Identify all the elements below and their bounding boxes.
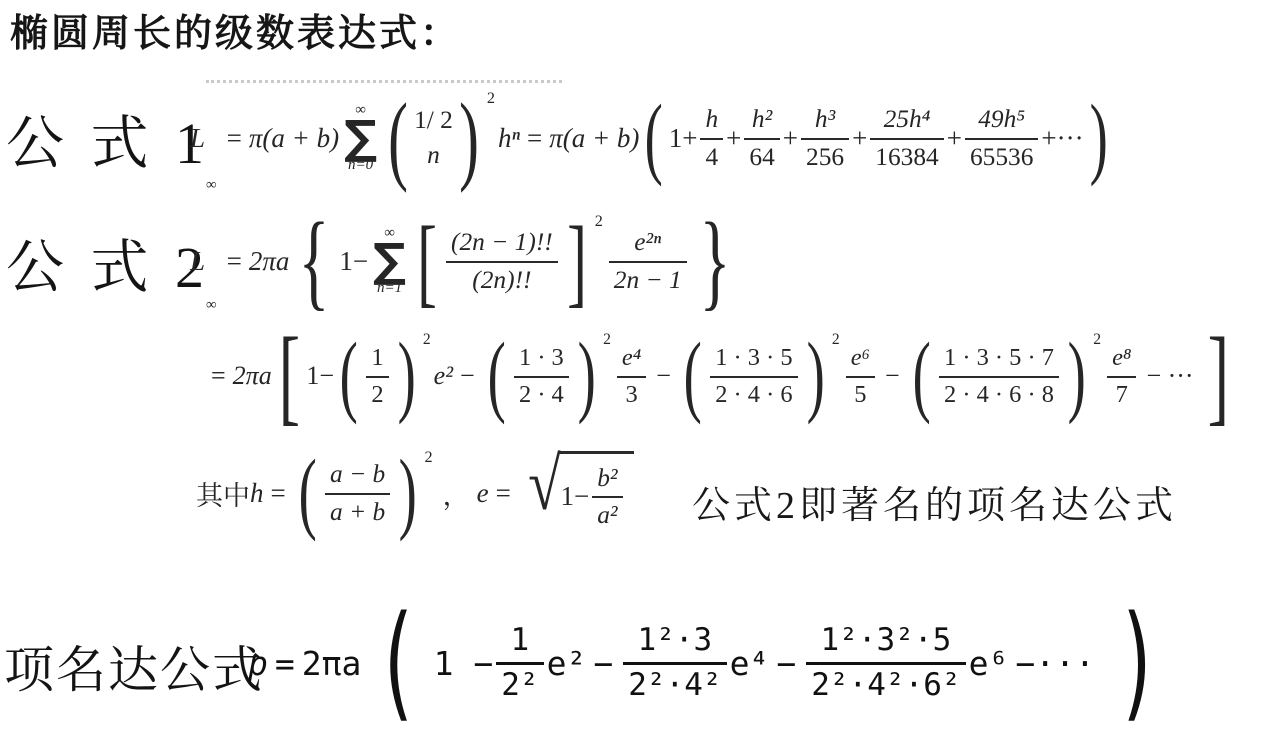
term-group: ( 1 · 3 · 5 · 72 · 4 · 6 · 8 ) 2 (907, 332, 1104, 420)
minus-sign: − (460, 361, 475, 391)
e-power: e⁴ (730, 644, 770, 683)
h-variable: h (250, 478, 264, 509)
e-power: e⁶ (969, 644, 1009, 683)
series-tail: +··· (1041, 123, 1083, 154)
fraction: e²ⁿ2n − 1 (609, 227, 687, 294)
where-prefix: 其中 (196, 474, 250, 513)
f1-coefficient-2: π(a + b) (549, 123, 639, 154)
numerator: h² (744, 104, 779, 139)
coefficient: 2πa (233, 361, 272, 391)
plus-sign: + (783, 123, 798, 154)
open-paren: ( (683, 330, 701, 422)
denominator: 2n − 1 (609, 263, 687, 295)
f1-lhs-subscript: ∞ (206, 177, 217, 194)
term-group: ( 1 · 3 · 52 · 4 · 6 ) 2 (678, 332, 843, 420)
series-lead: 1+ (669, 123, 698, 154)
e-power: e² (547, 644, 587, 683)
denominator: 65536 (965, 140, 1038, 172)
document: 椭圆周长的级数表达式： 公 式 1 L ∞ = π(a + b) ∞ ∑ n=0… (0, 0, 1280, 746)
plus-sign: + (852, 123, 867, 154)
series-tail: − ··· (1146, 361, 1193, 391)
f1-lhs: L (190, 123, 205, 154)
exponent: 2 (423, 332, 431, 348)
equals-sign: = (227, 123, 242, 154)
formula1-row: L ∞ = π(a + b) ∞ ∑ n=0 ( 1/ 2 n ) 2 hⁿ =… (190, 72, 1113, 204)
binomial-coefficient: ( 1/ 2 n ) 2 (382, 90, 498, 186)
e-variable: e (477, 478, 489, 509)
fraction: 1²·3²·52²·4²·6² (806, 622, 965, 703)
f3-lhs: p (248, 644, 268, 683)
fraction: 12 (366, 343, 388, 408)
term-group: ( 1 · 32 · 4 ) 2 (482, 332, 614, 420)
denominator: 5 (846, 378, 875, 409)
denominator: a + b (325, 495, 390, 527)
exponent: 2 (425, 449, 433, 465)
numerator: 1 · 3 · 5 (710, 343, 797, 377)
close-bracket: ] (1207, 322, 1228, 430)
sigma-icon: ∑ (344, 118, 377, 157)
open-paren: ( (487, 330, 505, 422)
open-paren: ( (912, 330, 930, 422)
open-bracket: [ (278, 322, 299, 430)
equals-sign: = (496, 478, 511, 509)
close-brace: } (699, 207, 730, 315)
comma: ， (443, 474, 470, 513)
denominator: 2 · 4 · 6 (710, 378, 797, 409)
fraction: 49h⁵65536 (965, 104, 1038, 171)
denominator: 2² (496, 665, 543, 704)
fraction: 25h⁴16384 (870, 104, 943, 171)
formula3-label: 项名达公式 (4, 630, 264, 702)
numerator: 1²·3 (623, 622, 726, 665)
fraction: a − ba + b (325, 459, 390, 526)
fraction: e⁶5 (846, 343, 875, 408)
equals-sign: = (211, 361, 226, 391)
equals-sign: = (271, 478, 286, 509)
open-paren: ( (645, 92, 663, 184)
fraction: h²64 (744, 104, 779, 171)
fraction: e⁴3 (617, 343, 646, 408)
exponent: 2 (603, 332, 611, 348)
close-paren: ) (1089, 92, 1107, 184)
numerator: a − b (325, 459, 390, 494)
series-lead: 1 − (434, 644, 494, 683)
numerator: e⁴ (617, 343, 646, 377)
fraction: 12² (496, 622, 543, 703)
series-lead: 1− (306, 361, 334, 391)
denominator: 4 (700, 140, 723, 172)
denominator: 2 · 4 · 6 · 8 (939, 378, 1059, 409)
fraction: h³256 (801, 104, 849, 171)
close-paren: ) (397, 330, 415, 422)
sigma-icon: ∑ (373, 241, 406, 280)
exponent: 2 (487, 90, 495, 106)
open-brace: { (299, 207, 330, 315)
double-factorial-group: [ (2n − 1)!!(2n)!! ] 2 (411, 213, 606, 309)
where-clause-row: 其中 h = ( a − ba + b ) 2 ， e = √ 1− b²a² (196, 438, 634, 548)
fraction: 1 · 3 · 52 · 4 · 6 (710, 343, 797, 408)
denominator: (2n)!! (446, 263, 558, 295)
denominator: 7 (1107, 378, 1136, 409)
f2-coefficient: 2πa (249, 246, 290, 277)
summation: ∞ ∑ n=1 (373, 226, 406, 295)
radical-icon: √ (528, 451, 561, 519)
square-root: √ 1− b²a² (524, 451, 634, 536)
open-bracket: [ (417, 211, 437, 311)
numerator: h³ (801, 104, 849, 139)
numerator: 1 (496, 622, 543, 665)
h-power: hⁿ (498, 123, 520, 154)
numerator: 49h⁵ (965, 104, 1038, 139)
formula1-label: 公 式 1 (6, 96, 210, 180)
denominator: 3 (617, 378, 646, 409)
numerator: (2n − 1)!! (446, 227, 558, 262)
fraction: (2n − 1)!!(2n)!! (446, 227, 558, 294)
close-paren: ) (1068, 330, 1086, 422)
denominator: 2²·4²·6² (806, 665, 965, 704)
numerator: 1 (366, 343, 388, 377)
exponent: 2 (832, 332, 840, 348)
denominator: 256 (801, 140, 849, 172)
numerator: b² (592, 463, 622, 498)
fraction: b²a² (592, 463, 622, 530)
close-bracket: ] (567, 211, 587, 311)
denominator: 2 (366, 378, 388, 409)
fraction: 1 · 32 · 4 (514, 343, 569, 408)
close-paren: ) (459, 88, 479, 188)
numerator: 25h⁴ (870, 104, 943, 139)
denominator: 64 (744, 140, 779, 172)
close-paren: ) (1116, 601, 1161, 726)
close-paren: ) (399, 447, 417, 539)
radicand: 1− b²a² (558, 451, 633, 536)
fraction: h4 (700, 104, 723, 171)
numerator: e⁸ (1107, 343, 1136, 377)
f1-series-group: ( 1+ h4 + h²64 + h³256 + 25h⁴16384 + 49h… (639, 94, 1113, 182)
numerator: 1 · 3 · 5 · 7 (939, 343, 1059, 377)
plus-sign: + (947, 123, 962, 154)
open-paren: ( (375, 601, 420, 726)
sum-lower-limit: n=1 (377, 281, 402, 296)
close-paren: ) (806, 330, 824, 422)
equals-sign: = (527, 123, 542, 154)
open-paren: ( (388, 88, 408, 188)
binomial-stack: 1/ 2 n (414, 108, 453, 169)
equals-sign: = (275, 644, 295, 683)
exponent: 2 (595, 213, 603, 229)
minus-sign: − (776, 644, 796, 683)
plus-sign: + (726, 123, 741, 154)
series-tail: −··· (1015, 644, 1094, 683)
minus-sign: − (593, 644, 613, 683)
page-title: 椭圆周长的级数表达式： (10, 2, 461, 57)
numerator: 1²·3²·5 (806, 622, 965, 665)
denominator: 2 · 4 (514, 378, 569, 409)
denominator: 16384 (870, 140, 943, 172)
open-paren: ( (340, 330, 358, 422)
numerator: e⁶ (846, 343, 875, 377)
sum-lower-limit: n=0 (348, 158, 373, 173)
f3-coefficient: 2πa (302, 644, 362, 683)
binomial-top: 1/ 2 (414, 108, 453, 133)
summation: ∞ ∑ n=0 (344, 103, 377, 172)
term-group: ( 12 ) 2 (334, 332, 434, 420)
fraction: e⁸7 (1107, 343, 1136, 408)
numerator: e²ⁿ (609, 227, 687, 262)
numerator: h (700, 104, 723, 139)
f2-lhs-subscript: ∞ (206, 297, 217, 314)
fraction: 1²·32²·4² (623, 622, 726, 703)
exponent: 2 (1093, 332, 1101, 348)
denominator: 2²·4² (623, 665, 726, 704)
e-power: e² (434, 361, 453, 391)
equals-sign: = (227, 246, 242, 277)
radicand-lead: 1− (560, 481, 589, 512)
f1-coefficient: π(a + b) (249, 123, 339, 154)
close-paren: ) (577, 330, 595, 422)
minus-sign: − (656, 361, 671, 391)
formula3-row: p = 2πa ( 1 − 12² e² − 1²·32²·4² e⁴ − 1²… (248, 580, 1174, 746)
numerator: 1 · 3 (514, 343, 569, 377)
open-paren: ( (298, 447, 316, 539)
note-text: 公式2即著名的项名达公式 (692, 474, 1177, 529)
formula2-expansion-row: = 2πa [ 1− ( 12 ) 2 e² − ( 1 · 32 · 4 ) … (204, 320, 1235, 432)
h-definition-group: ( a − ba + b ) 2 (293, 449, 436, 537)
fraction: 1 · 3 · 5 · 72 · 4 · 6 · 8 (939, 343, 1059, 408)
binomial-bottom: n (427, 143, 440, 168)
formula2-label: 公 式 2 (6, 220, 210, 304)
f2-lhs: L (190, 246, 205, 277)
denominator: a² (592, 498, 622, 530)
minus-sign: − (885, 361, 900, 391)
series-lead: 1− (339, 246, 368, 277)
formula2-row: L ∞ = 2πa { 1− ∞ ∑ n=1 [ (2n − 1)!!(2n)!… (190, 198, 740, 324)
